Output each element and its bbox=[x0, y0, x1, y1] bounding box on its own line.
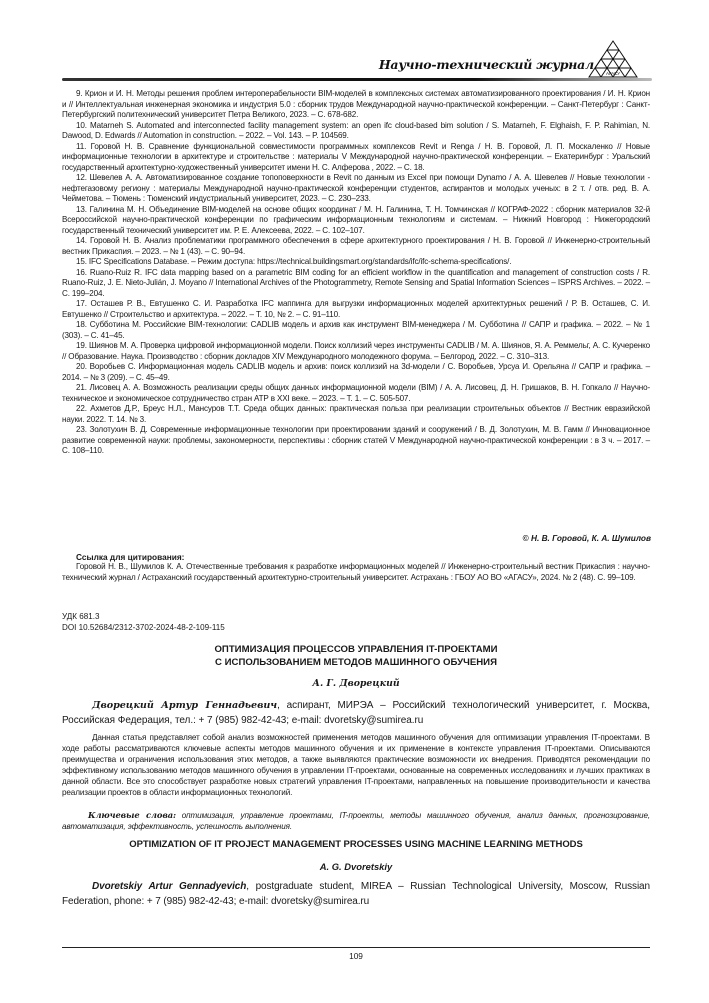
header-rule bbox=[62, 78, 652, 81]
doi-code: DOI 10.52684/2312-3702-2024-48-2-109-115 bbox=[62, 622, 225, 633]
reference-item: 20. Воробьев С. Информационная модель CA… bbox=[62, 362, 650, 383]
keywords-ru: Ключевые слова: оптимизация, управление … bbox=[62, 810, 650, 832]
reference-item: 21. Лисовец А. А. Возможность реализации… bbox=[62, 383, 650, 404]
reference-item: 16. Ruano-Ruiz R. IFC data mapping based… bbox=[62, 268, 650, 300]
author-affiliation-ru: Дворецкий Артур Геннадьевич, аспирант, М… bbox=[62, 699, 650, 728]
reference-item: 10. Matarneh S. Automated and interconne… bbox=[62, 121, 650, 142]
reference-item: 9. Крион и И. Н. Методы решения проблем … bbox=[62, 89, 650, 121]
udk-code: УДК 681.3 bbox=[62, 611, 225, 622]
reference-item: 11. Горовой Н. В. Сравнение функциональн… bbox=[62, 142, 650, 174]
reference-item: 23. Золотухин В. Д. Современные информац… bbox=[62, 425, 650, 457]
author-affiliation-en: Dvoretskiy Artur Gennadyevich, postgradu… bbox=[62, 880, 650, 909]
reference-item: 12. Шевелев А. А. Автоматизированное соз… bbox=[62, 173, 650, 205]
author-ru: А. Г. Дворецкий bbox=[62, 678, 650, 689]
svg-text:АГАСУ: АГАСУ bbox=[606, 71, 620, 76]
article-title-ru-line2: С ИСПОЛЬЗОВАНИЕМ МЕТОДОВ МАШИННОГО ОБУЧЕ… bbox=[62, 656, 650, 669]
author-full-name-ru: Дворецкий Артур Геннадьевич bbox=[92, 700, 277, 711]
footer-rule bbox=[62, 947, 650, 948]
author-en: A. G. Dvoretskiy bbox=[62, 861, 650, 872]
reference-item: 19. Шиянов М. А. Проверка цифровой инфор… bbox=[62, 341, 650, 362]
reference-item: 13. Галинина М. Н. Объединение BIM-модел… bbox=[62, 205, 650, 237]
journal-header: Научно-технический журнал АГАСУ bbox=[62, 40, 662, 80]
article-title-en: OPTIMIZATION OF IT PROJECT MANAGEMENT PR… bbox=[62, 839, 650, 850]
reference-item: 15. IFC Specifications Database. – Режим… bbox=[62, 257, 650, 268]
citation-text: Горовой Н. В., Шумилов К. А. Отечественн… bbox=[62, 562, 650, 583]
copyright-line: © Н. В. Горовой, К. А. Шумилов bbox=[523, 533, 651, 543]
journal-title: Научно-технический журнал bbox=[379, 57, 594, 72]
reference-item: 18. Субботина М. Российские BIM-технолог… bbox=[62, 320, 650, 341]
page-number: 109 bbox=[62, 951, 650, 961]
reference-item: 14. Горовой Н. В. Анализ проблематики пр… bbox=[62, 236, 650, 257]
document-page: Научно-технический журнал АГАСУ 9. К bbox=[0, 0, 709, 1003]
article-title-ru-line1: ОПТИМИЗАЦИЯ ПРОЦЕССОВ УПРАВЛЕНИЯ IT-ПРОЕ… bbox=[62, 643, 650, 656]
reference-item: 22. Ахметов Д.Р., Бреус Н.Л., Мансуров Т… bbox=[62, 404, 650, 425]
author-full-name-en: Dvoretskiy Artur Gennadyevich bbox=[92, 881, 246, 892]
article-identifiers: УДК 681.3 DOI 10.52684/2312-3702-2024-48… bbox=[62, 611, 225, 633]
citation-heading: Ссылка для цитирования: bbox=[76, 552, 184, 562]
triangle-lattice-logo-icon: АГАСУ bbox=[588, 40, 638, 78]
article-title-ru: ОПТИМИЗАЦИЯ ПРОЦЕССОВ УПРАВЛЕНИЯ IT-ПРОЕ… bbox=[62, 643, 650, 669]
reference-list: 9. Крион и И. Н. Методы решения проблем … bbox=[62, 89, 650, 457]
keywords-label: Ключевые слова: bbox=[88, 810, 176, 820]
reference-item: 17. Осташев Р. В., Евтушенко С. И. Разра… bbox=[62, 299, 650, 320]
abstract-ru: Данная статья представляет собой анализ … bbox=[62, 732, 650, 799]
